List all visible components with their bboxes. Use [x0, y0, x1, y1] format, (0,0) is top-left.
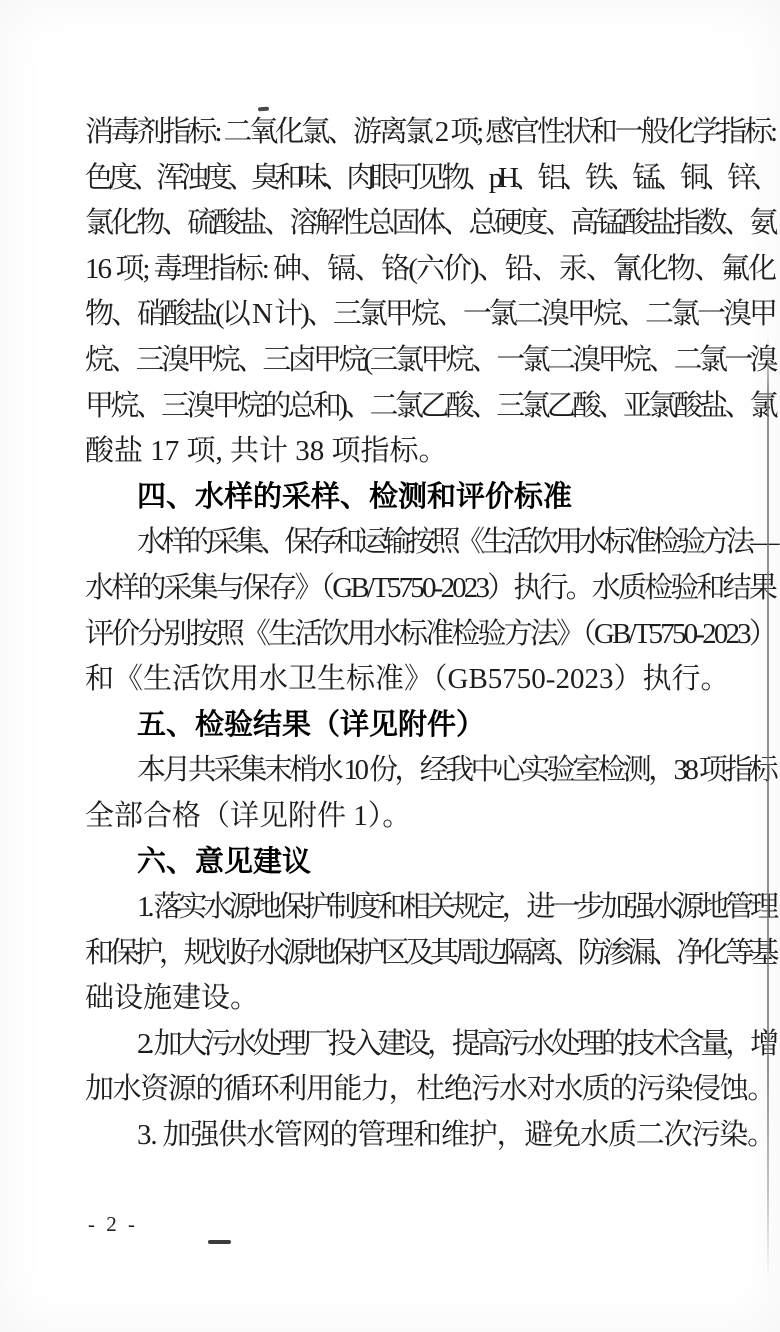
text-line: 烷、三溴甲烷、三卤甲烷(三氯甲烷、一氯二溴甲烷、二氯一溴 [85, 338, 775, 384]
text-line: 色度、浑浊度、臭和味、肉眼可见物、pH、铝、铁、锰、铜、锌、 [85, 156, 775, 202]
text-line: 氯化物、硫酸盐、溶解性总固体、总硬度、高锰酸盐指数、氨 [85, 201, 775, 247]
line-text: 全部合格（详见附件 1）。 [85, 794, 411, 840]
line-text: 水样的采集、保存和运输按照《生活饮用水标准检验方法— [137, 520, 775, 566]
line-text: 四、水样的采样、检测和评价标准 [137, 475, 572, 521]
line-text: 六、意见建议 [137, 840, 311, 886]
section-heading: 五、检验结果（详见附件） [85, 703, 775, 749]
line-text: 五、检验结果（详见附件） [137, 703, 485, 749]
line-text: 烷、三溴甲烷、三卤甲烷(三氯甲烷、一氯二溴甲烷、二氯一溴 [85, 338, 775, 384]
line-text: 3. 加强供水管网的管理和维护，避免水质二次污染。 [137, 1113, 775, 1159]
document-body: 消毒剂指标: 二氧化氯、游离氯 2 项; 感官性状和一般化学指标:色度、浑浊度、… [85, 110, 775, 1159]
line-text: 色度、浑浊度、臭和味、肉眼可见物、pH、铝、铁、锰、铜、锌、 [85, 156, 775, 202]
line-text: 础设施建设。 [85, 976, 259, 1022]
line-text: 1. 落实水源地保护制度和相关规定，进一步加强水源地管理 [137, 885, 775, 931]
section-heading: 四、水样的采样、检测和评价标准 [85, 475, 775, 521]
line-text: 甲烷、三溴甲烷的总和)、二氯乙酸、三氯乙酸、亚氯酸盐、氯 [85, 384, 775, 430]
footer-page-number: - 2 - [88, 1212, 138, 1237]
text-line: 水样的采集与保存》（GB/T5750-2023）执行。水质检验和结果 [85, 566, 775, 612]
line-text: 和《生活饮用水卫生标准》（GB5750-2023）执行。 [85, 657, 729, 703]
text-line: 物、硝酸盐(以 N 计)、三氯甲烷、一氯二溴甲烷、二氯一溴甲 [85, 292, 775, 338]
line-text: 物、硝酸盐(以 N 计)、三氯甲烷、一氯二溴甲烷、二氯一溴甲 [85, 292, 775, 338]
text-line: 16 项; 毒理指标: 砷、镉、铬(六价)、铅、汞、氰化物、氟化 [85, 247, 775, 293]
text-line: 酸盐 17 项, 共计 38 项指标。 [85, 429, 775, 475]
line-text: 氯化物、硫酸盐、溶解性总固体、总硬度、高锰酸盐指数、氨 [85, 201, 775, 247]
line-text: 16 项; 毒理指标: 砷、镉、铬(六价)、铅、汞、氰化物、氟化 [85, 247, 775, 293]
text-line: 甲烷、三溴甲烷的总和)、二氯乙酸、三氯乙酸、亚氯酸盐、氯 [85, 384, 775, 430]
line-text: 2. 加大污水处理厂投入建设，提高污水处理的技术含量，增 [137, 1022, 775, 1068]
text-line: 1. 落实水源地保护制度和相关规定，进一步加强水源地管理 [85, 885, 775, 931]
section-heading: 六、意见建议 [85, 840, 775, 886]
line-text: 消毒剂指标: 二氧化氯、游离氯 2 项; 感官性状和一般化学指标: [85, 110, 775, 156]
page-sheet: 消毒剂指标: 二氧化氯、游离氯 2 项; 感官性状和一般化学指标:色度、浑浊度、… [0, 0, 780, 1332]
text-line: 本月共采集末梢水 10 份，经我中心实验室检测，38 项指标 [85, 748, 775, 794]
scan-artifact-speck-bottom [208, 1240, 231, 1244]
line-text: 本月共采集末梢水 10 份，经我中心实验室检测，38 项指标 [137, 748, 775, 794]
scan-artifact-vertical-line [767, 335, 769, 1280]
text-line: 加水资源的循环利用能力，杜绝污水对水质的污染侵蚀。 [85, 1067, 775, 1113]
line-text: 评价分别按照《生活饮用水标准检验方法》（GB/T5750-2023） [85, 612, 775, 658]
scan-artifact-speck-top [258, 107, 269, 112]
text-line: 水样的采集、保存和运输按照《生活饮用水标准检验方法— [85, 520, 775, 566]
text-line: 评价分别按照《生活饮用水标准检验方法》（GB/T5750-2023） [85, 612, 775, 658]
line-text: 加水资源的循环利用能力，杜绝污水对水质的污染侵蚀。 [85, 1067, 775, 1113]
text-line: 2. 加大污水处理厂投入建设，提高污水处理的技术含量，增 [85, 1022, 775, 1068]
text-line: 和《生活饮用水卫生标准》（GB5750-2023）执行。 [85, 657, 775, 703]
text-line: 消毒剂指标: 二氧化氯、游离氯 2 项; 感官性状和一般化学指标: [85, 110, 775, 156]
text-line: 全部合格（详见附件 1）。 [85, 794, 775, 840]
line-text: 和保护，规划好水源地保护区及其周边隔离、防渗漏、净化等基 [85, 931, 775, 977]
text-line: 和保护，规划好水源地保护区及其周边隔离、防渗漏、净化等基 [85, 931, 775, 977]
text-line: 3. 加强供水管网的管理和维护，避免水质二次污染。 [85, 1113, 775, 1159]
line-text: 酸盐 17 项, 共计 38 项指标。 [85, 429, 448, 475]
line-text: 水样的采集与保存》（GB/T5750-2023）执行。水质检验和结果 [85, 566, 775, 612]
text-line: 础设施建设。 [85, 976, 775, 1022]
